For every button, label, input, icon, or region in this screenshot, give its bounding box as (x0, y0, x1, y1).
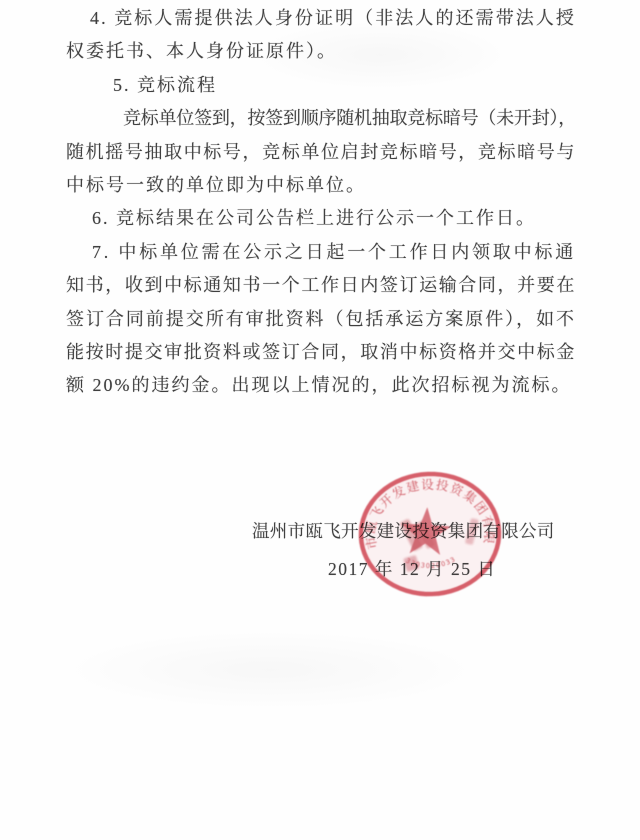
document-body: 4. 竞标人需提供法人身份证明（非法人的还需带法人授权委托书、本人身份证原件）。… (66, 2, 576, 403)
text-line: 随机摇号抽取中标号，竞标单位启封竞标暗号，竞标暗号与 (66, 136, 576, 169)
text-line: 4. 竞标人需提供法人身份证明（非法人的还需带法人授 (66, 2, 576, 35)
text-line: 6. 竞标结果在公司公告栏上进行公示一个工作日。 (66, 202, 576, 235)
text-line: 竞标单位签到，按签到顺序随机抽取竞标暗号（未开封）， (66, 102, 576, 135)
text-line: 5. 竞标流程 (66, 69, 576, 102)
text-line: 知书，收到中标通知书一个工作日内签订运输合同，并要在 (66, 269, 576, 302)
text-line: 权委托书、本人身份证原件）。 (66, 35, 576, 68)
text-line: 签订合同前提交所有审批资料（包括承运方案原件），如不 (66, 303, 576, 336)
text-line: 能按时提交审批资料或签订合同，取消中标资格并交中标金 (66, 336, 576, 369)
company-seal-stamp: 温州市瓯飞开发建设投资集团有限公司 3303020033 (354, 467, 506, 602)
text-line: 额 20%的违约金。出现以上情况的，此次招标视为流标。 (66, 369, 576, 402)
scanned-document-page: 4. 竞标人需提供法人身份证明（非法人的还需带法人授权委托书、本人身份证原件）。… (0, 0, 640, 840)
text-line: 7. 中标单位需在公示之日起一个工作日内领取中标通 (66, 236, 576, 269)
scan-noise (60, 630, 480, 710)
text-line: 中标号一致的单位即为中标单位。 (66, 169, 576, 202)
